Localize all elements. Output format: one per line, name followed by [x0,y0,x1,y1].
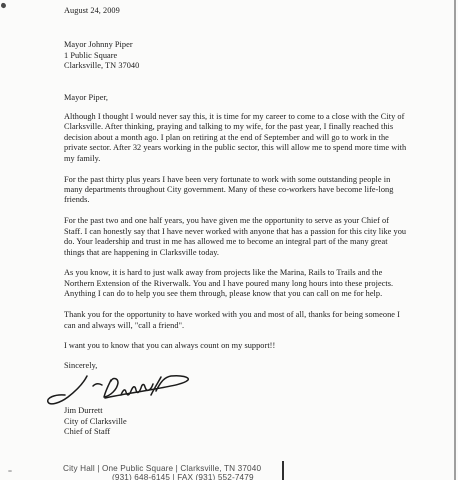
letter-paragraph: For the past thirty plus years I have be… [64,175,409,206]
signer-block: Jim Durrett City of Clarksville Chief of… [64,406,409,437]
signature-scrawl-icon [43,373,195,405]
recipient-address-line1: 1 Public Square [64,51,409,61]
letter-paragraph: As you know, it is hard to just walk awa… [64,268,409,299]
closing: Sincerely, [64,361,409,371]
letter-page: August 24, 2009 Mayor Johnny Piper 1 Pub… [0,0,458,480]
footer-address: City Hall | One Public Square | Clarksvi… [63,464,261,473]
recipient-block: Mayor Johnny Piper 1 Public Square Clark… [64,40,409,71]
letter-date: August 24, 2009 [64,6,409,16]
letter-paragraph: Thank you for the opportunity to have wo… [64,310,409,331]
recipient-address-line2: Clarksville, TN 37040 [64,61,409,71]
signer-name: Jim Durrett [64,406,409,416]
signer-organization: City of Clarksville [64,417,409,427]
handwritten-signature [43,373,409,405]
letter-body: August 24, 2009 Mayor Johnny Piper 1 Pub… [64,6,409,437]
letter-paragraph: For the past two and one half years, you… [64,216,409,258]
scan-ink-smudge [0,2,6,8]
footer-divider-bar [282,461,284,480]
scan-speck [8,470,12,472]
recipient-name: Mayor Johnny Piper [64,40,409,50]
support-statement: I want you to know that you can always c… [64,341,409,351]
scan-edge-line [454,0,456,480]
salutation: Mayor Piper, [64,93,409,103]
footer-phone: (931) 648-6145 | FAX (931) 552-7479 [112,473,254,480]
letter-paragraph: Although I thought I would never say thi… [64,112,409,164]
signer-title: Chief of Staff [64,427,409,437]
